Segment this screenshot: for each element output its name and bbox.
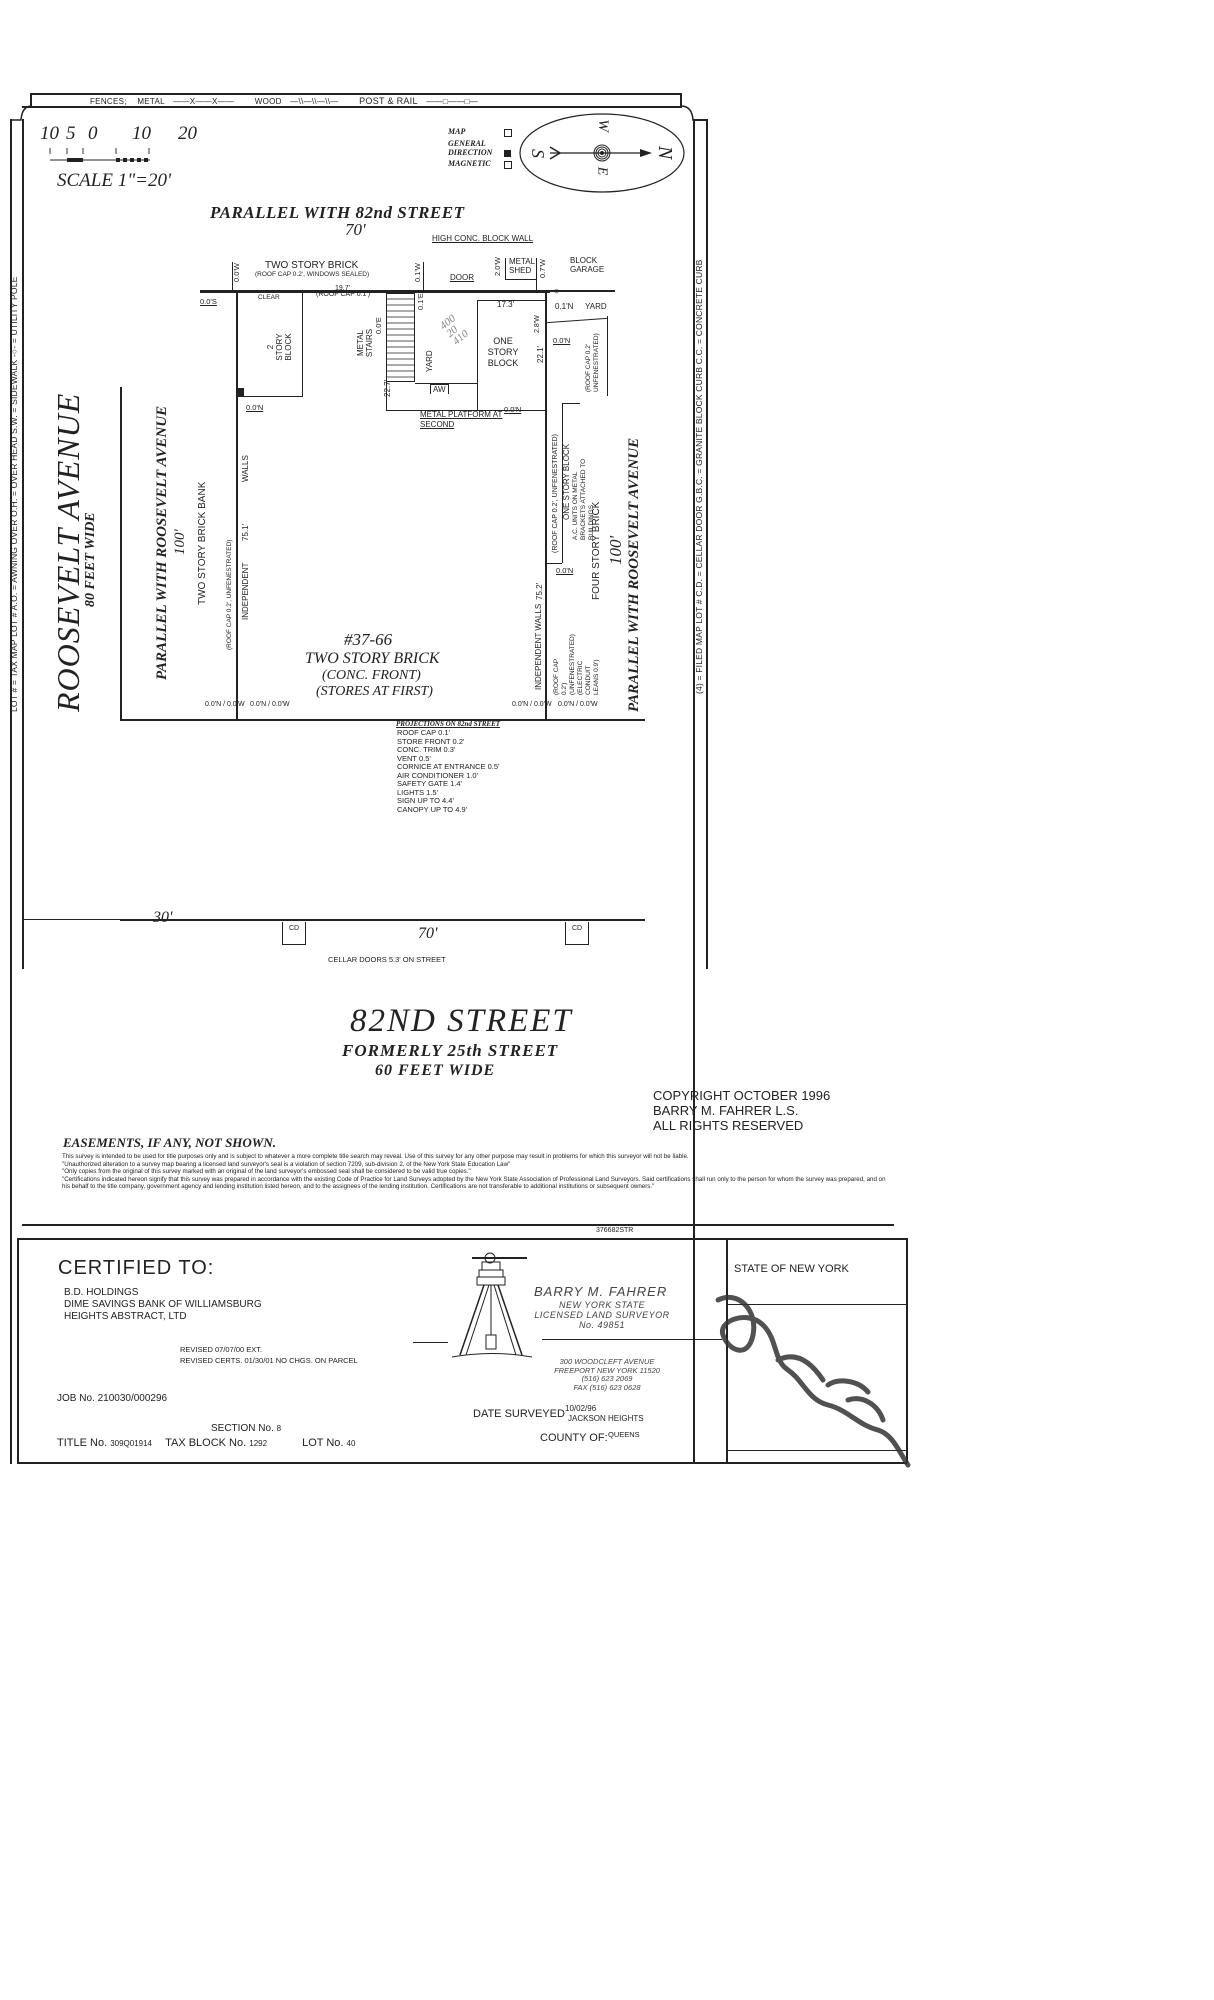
surveyor-address: 300 WOODCLEFT AVENUE FREEPORT NEW YORK 1… — [537, 1358, 677, 1392]
roof-cap-label: (ROOF CAP 0.2', UNFENESTRATED) — [226, 540, 233, 650]
disclaimer-line: "Only copies from the original of this s… — [62, 1168, 887, 1176]
surveyor-title-line: No. 49851 — [522, 1320, 682, 1330]
certified-to-list: B.D. HOLDINGS DIME SAVINGS BANK OF WILLI… — [64, 1287, 262, 1323]
walls-label: WALLS — [241, 455, 250, 482]
tick — [423, 262, 424, 290]
compass-east-label: E — [593, 167, 609, 176]
building-type: TWO STORY BRICK — [305, 650, 440, 668]
top-boundary-label: PARALLEL WITH 82nd STREET — [210, 203, 464, 223]
left-street-width: 80 FEET WIDE — [83, 512, 99, 607]
copyright-notice: COPYRIGHT OCTOBER 1996 BARRY M. FAHRER L… — [653, 1088, 830, 1133]
offset-label: 0.1'N — [555, 302, 573, 311]
independent-label: INDEPENDENT — [241, 563, 250, 620]
front-lot-line — [120, 719, 645, 721]
projections-list: ROOF CAP 0.1' STORE FRONT 0.2' CONC. TRI… — [397, 729, 499, 814]
date-surveyed-label: DATE SURVEYED — [473, 1408, 565, 1420]
general-direction-checkbox — [504, 150, 511, 157]
certified-party: HEIGHTS ABSTRACT, LTD — [64, 1311, 262, 1323]
frame-right-outer — [706, 119, 708, 969]
offset-label: 0.0'W — [232, 263, 241, 282]
clear-label: CLEAR — [258, 294, 280, 301]
metal-stairs-label: METAL STAIRS — [356, 326, 374, 360]
address-line: FAX (516) 623 0628 — [537, 1384, 677, 1393]
surveyor-name: BARRY M. FAHRER — [534, 1284, 667, 1299]
front-street-width: 60 FEET WIDE — [375, 1062, 495, 1080]
projection-item: CANOPY UP TO 4.9' — [397, 806, 499, 815]
certified-to-label: CERTIFIED TO: — [58, 1257, 214, 1280]
scale-tick-label: 20 — [178, 123, 197, 145]
offset-label: 0.0'N — [556, 566, 573, 575]
offset-label: 0.1'W — [413, 263, 422, 282]
section-label: SECTION No. — [211, 1423, 274, 1434]
frame-left-inner — [22, 119, 24, 969]
shed-wall — [505, 258, 506, 280]
projections-title: PROJECTIONS ON 82nd STREET — [396, 720, 500, 728]
shed-wall — [505, 279, 537, 280]
dimension-label: 75.1' — [241, 524, 250, 541]
right-yard-label: YARD — [585, 302, 607, 311]
section-value: 8 — [277, 1424, 281, 1433]
surveyor-license: NEW YORK STATE LICENSED LAND SURVEYOR No… — [522, 1300, 682, 1330]
cellar-doors-note: CELLAR DOORS 5.3' ON STREET — [328, 955, 446, 964]
front-street-former-name: FORMERLY 25th STREET — [342, 1041, 558, 1061]
high-block-wall-label: HIGH CONC. BLOCK WALL — [432, 234, 533, 243]
copyright-line: ALL RIGHTS RESERVED — [653, 1118, 830, 1133]
two-story-block-label: 2 STORY BLOCK — [266, 332, 293, 362]
disclaimer-line: "Unauthorized alteration to a survey map… — [62, 1161, 887, 1169]
left-neighbor-label: TWO STORY BRICK BANK — [197, 482, 208, 605]
surveyor-signature — [718, 1280, 913, 1480]
offset-label: 2.8'W — [534, 315, 541, 333]
dimension-label: 75.2' — [535, 583, 544, 600]
front-dimension: 70' — [418, 925, 437, 943]
metal-shed-label: METAL SHED — [509, 257, 537, 275]
dimension-label: 22.1' — [536, 346, 545, 363]
job-label: JOB No. — [57, 1393, 95, 1404]
title-label: TITLE No. — [57, 1437, 107, 1449]
roof-cap-label: (ROOF CAP 0.1') — [316, 291, 370, 298]
disclaimer-line: "Certifications indicated hereon signify… — [62, 1176, 887, 1191]
independent-walls-label: INDEPENDENT WALLS — [534, 604, 543, 690]
left-parallel-dimension: 100' — [172, 529, 189, 555]
rule — [542, 1339, 722, 1340]
copyright-line: BARRY M. FAHRER L.S. — [653, 1103, 830, 1118]
revision-entry: REVISED CERTS. 01/30/01 NO CHGS. ON PARC… — [180, 1355, 358, 1366]
right-abbreviation-legend: (4) = FILED MAP LOT # C.D. = CELLAR DOOR… — [694, 259, 704, 694]
compass-north-label: N — [653, 146, 676, 159]
fence-post-rail-label: POST & RAIL — [359, 96, 418, 106]
roof-cap-label: (ROOF CAP 0.2' UNFENESTRATED) — [585, 342, 601, 392]
right-one-story-block-label: ONE STORY BLOCK — [562, 444, 571, 520]
lot-value: 40 — [347, 1439, 356, 1448]
tax-block-label: TAX BLOCK No. — [165, 1437, 246, 1449]
county-label: COUNTY OF: — [540, 1432, 608, 1444]
certified-party: DIME SAVINGS BANK OF WILLIAMSBURG — [64, 1299, 262, 1311]
right-parallel-dimension: 100' — [606, 536, 626, 565]
yard-label: YARD — [425, 350, 434, 372]
rear-roof-cap-label: (ROOF CAP 0.2', WINDOWS SEALED) — [255, 271, 369, 278]
section-number: SECTION No. 8 — [211, 1423, 281, 1434]
scale-tick-label: 10 — [132, 123, 151, 145]
neighbor-wall — [607, 316, 608, 396]
front-street-line — [120, 919, 645, 921]
certified-party: B.D. HOLDINGS — [64, 1287, 262, 1299]
one-story-block-label: ONE STORY BLOCK — [483, 336, 523, 369]
left-street-name: ROOSEVELT AVENUE — [50, 393, 87, 712]
revision-entry: REVISED 07/07/00 EXT. — [180, 1344, 358, 1355]
corner-distance: 30' — [153, 909, 172, 927]
offset-label: 0.0'N — [553, 336, 570, 345]
lot-label: LOT No. — [302, 1437, 343, 1449]
title-tax-lot-row: TITLE No. 309Q01914 TAX BLOCK No. 1292 L… — [57, 1437, 355, 1449]
frame-line — [693, 119, 707, 121]
building-use: (STORES AT FIRST) — [316, 684, 433, 700]
corner-offset-label: 0.0'N / 0.0'W — [250, 701, 290, 708]
title-block-left — [17, 1238, 19, 1463]
scale-label: SCALE 1"=20' — [57, 170, 171, 192]
fence-wood-label: WOOD — [255, 97, 282, 106]
surveyor-title-line: LICENSED LAND SURVEYOR — [522, 1310, 682, 1320]
offset-label: 0.0'N — [504, 405, 521, 414]
legend-magnetic-label: MAGNETIC — [448, 159, 498, 168]
front-street-name: 82ND STREET — [350, 1003, 573, 1040]
fence-metal-symbol: ——X——X—— — [173, 97, 234, 106]
rule — [413, 1342, 448, 1343]
fence-metal-label: METAL — [137, 97, 164, 106]
job-value: 210030/000296 — [98, 1393, 168, 1404]
frame-top-line — [30, 93, 680, 95]
notes-bottom-line — [22, 1224, 894, 1226]
building-number: #37-66 — [344, 630, 392, 650]
left-parallel-label: PARALLEL WITH ROOSEVELT AVENUE — [154, 406, 171, 680]
roof-cap-label: (ROOF CAP 0.2') (UNFENESTRATED) (ELECTRI… — [553, 655, 601, 695]
offset-label: 2.0'W — [493, 257, 502, 276]
cellar-door-left: CD — [282, 922, 306, 945]
legend-general-direction-label: GENERAL DIRECTION — [448, 139, 498, 157]
frame-corner-left — [10, 105, 40, 125]
front-street-line — [22, 919, 120, 920]
magnetic-checkbox — [504, 161, 512, 169]
fence-legend: FENCES; METAL ——X——X—— WOOD —\\—\\—\\— P… — [90, 96, 478, 106]
disclaimer-line: This survey is intended to be used for t… — [62, 1153, 887, 1161]
county-value: QUEENS — [608, 1430, 640, 1439]
scale-graphic — [40, 148, 200, 168]
easements-note: EASEMENTS, IF ANY, NOT SHOWN. — [63, 1135, 276, 1151]
compass-south-label: S — [527, 149, 548, 158]
title-value: 309Q01914 — [110, 1439, 152, 1448]
neighbor-wall — [547, 563, 562, 564]
compass-west-label: W — [594, 119, 611, 132]
direction-legend-labels: MAP GENERAL DIRECTION MAGNETIC — [448, 127, 498, 168]
corner-offset-label: 0.0'N / 0.0'W — [558, 701, 598, 708]
cellar-door-right: CD — [565, 922, 589, 945]
legend-map-label: MAP — [448, 127, 498, 136]
map-checkbox — [504, 129, 512, 137]
roof-cap-label: (ROOF CAP 0.2', UNFENESTRATED) — [552, 434, 559, 553]
left-street-line — [120, 387, 122, 720]
revision-list: REVISED 07/07/00 EXT. REVISED CERTS. 01/… — [180, 1344, 358, 1366]
scale-tick-label: 5 — [66, 123, 76, 145]
state-label: STATE OF NEW YORK — [734, 1263, 849, 1275]
locality: JACKSON HEIGHTS — [568, 1414, 644, 1423]
block-garage-label: BLOCK GARAGE — [570, 256, 604, 274]
rear-two-story-brick-label: TWO STORY BRICK — [265, 260, 358, 271]
dimension-label: 17.3' — [497, 300, 514, 309]
top-boundary-dimension: 70' — [345, 220, 366, 240]
date-surveyed-value: 10/02/96 — [565, 1404, 596, 1413]
awning-over-label: AW — [430, 384, 449, 394]
left-abbreviation-legend: LOT # = TAX MAP LOT # A.O. = AWNING OVER… — [9, 276, 19, 712]
surveyor-title-line: NEW YORK STATE — [522, 1300, 682, 1310]
copyright-line: COPYRIGHT OCTOBER 1996 — [653, 1088, 830, 1103]
corner-offset-label: 0.0'N / 0.0'W — [512, 701, 552, 708]
offset-label: 0.0'E — [374, 317, 383, 334]
offset-label: 0.0'S — [200, 297, 217, 306]
tax-block-value: 1292 — [249, 1439, 267, 1448]
dimension-label: 19.7' — [335, 285, 350, 292]
corner-offset-label: 0.0'N / 0.0'W — [205, 701, 245, 708]
fence-wood-symbol: —\\—\\—\\— — [290, 97, 338, 106]
fences-label: FENCES; — [90, 97, 127, 106]
building-front: (CONC. FRONT) — [322, 668, 421, 684]
frame-second-line — [22, 106, 682, 108]
disclaimers: This survey is intended to be used for t… — [62, 1153, 887, 1191]
job-number: JOB No. 210030/000296 — [57, 1393, 167, 1404]
drawing-code: 376682STR — [596, 1227, 633, 1234]
door-label: DOOR — [450, 273, 474, 282]
title-block-top — [17, 1238, 907, 1240]
scale-tick-label: 10 — [40, 123, 59, 145]
scale-tick-label: 0 — [88, 123, 98, 145]
neighbor-wall — [547, 318, 607, 323]
neighbor-wall — [562, 403, 580, 404]
fence-post-rail-symbol: ——□——□— — [426, 97, 478, 106]
offset-label: 0.7'W — [538, 259, 547, 278]
right-neighbor-label: FOUR STORY BRICK — [591, 502, 602, 600]
utility-pole-icon: -○- — [550, 286, 563, 297]
corner-marker — [236, 388, 244, 396]
offset-label: 0.0'N — [246, 403, 263, 412]
right-parallel-label: PARALLEL WITH ROOSEVELT AVENUE — [626, 438, 643, 712]
